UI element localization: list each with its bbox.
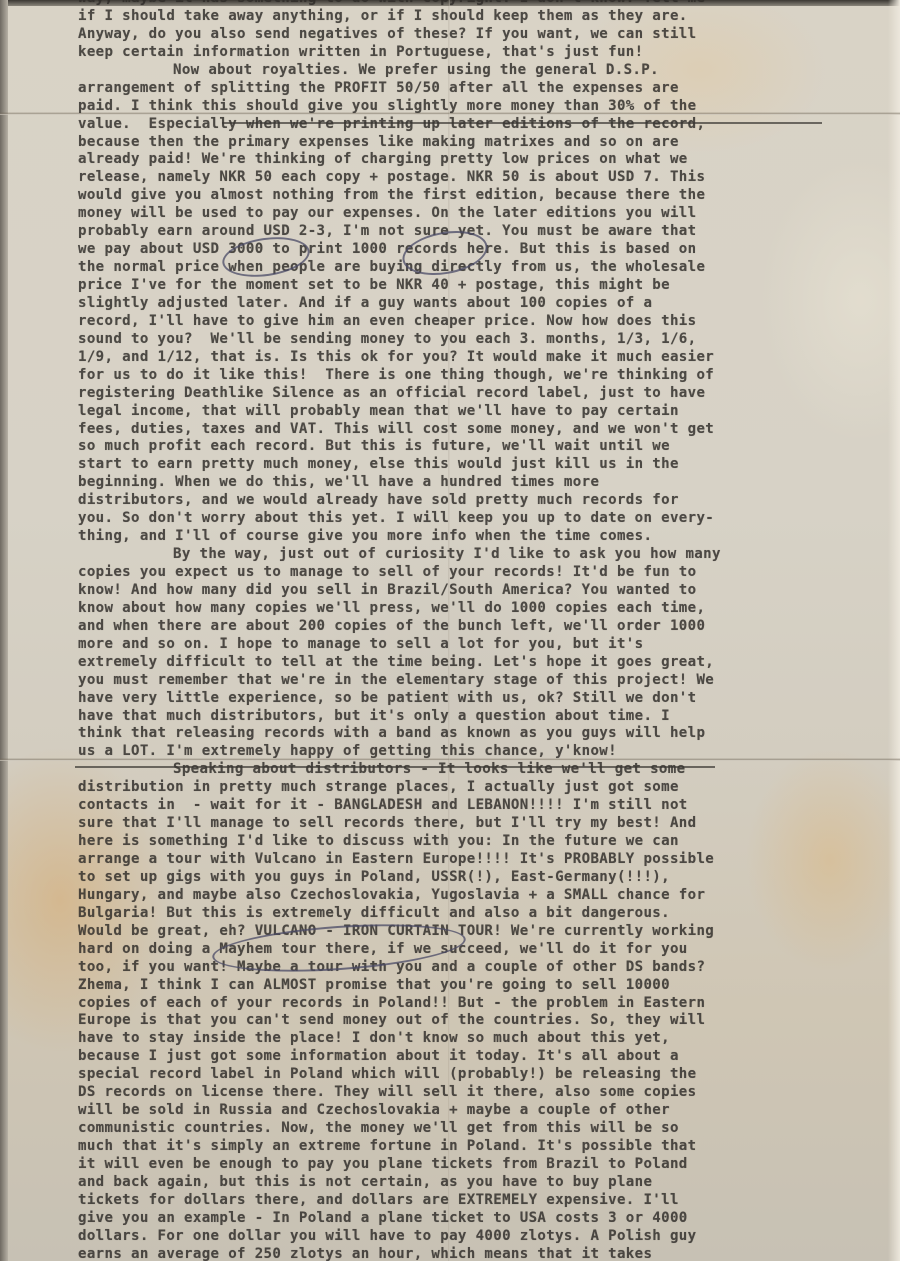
text-line: Bulgaria! But this is extremely difficul… — [78, 905, 868, 923]
text-line: slightly adjusted later. And if a guy wa… — [78, 295, 868, 313]
text-line: already paid! We're thinking of charging… — [78, 151, 868, 169]
text-line: know! And how many did you sell in Brazi… — [78, 582, 868, 600]
text-line: have very little experience, so be patie… — [78, 690, 868, 708]
text-line: much that it's simply an extreme fortune… — [78, 1138, 868, 1156]
text-line: because I just got some information abou… — [78, 1048, 868, 1066]
text-line: Zhema, I think I can ALMOST promise that… — [78, 977, 868, 995]
text-line: here is something I'd like to discuss wi… — [78, 833, 868, 851]
text-line: communistic countries. Now, the money we… — [78, 1120, 868, 1138]
text-line: DS records on license there. They will s… — [78, 1084, 868, 1102]
text-line: registering Deathlike Silence as an offi… — [78, 385, 868, 403]
text-line: it will even be enough to pay you plane … — [78, 1156, 868, 1174]
text-line: Now about royalties. We prefer using the… — [78, 62, 868, 80]
text-line: dollars. For one dollar you will have to… — [78, 1228, 868, 1246]
scanned-letter-page: way, maybe it has something to do with c… — [0, 0, 900, 1261]
handwritten-underline — [222, 122, 822, 124]
text-line: tickets for dollars there, and dollars a… — [78, 1192, 868, 1210]
text-line: By the way, just out of curiosity I'd li… — [78, 546, 868, 564]
text-line: think that releasing records with a band… — [78, 725, 868, 743]
text-line: value. Especially when we're printing up… — [78, 116, 868, 134]
text-line: if I should take away anything, or if I … — [78, 8, 868, 26]
text-line: copies you expect us to manage to sell o… — [78, 564, 868, 582]
text-line: thing, and I'll of course give you more … — [78, 528, 868, 546]
text-line: beginning. When we do this, we'll have a… — [78, 474, 868, 492]
text-line: arrange a tour with Vulcano in Eastern E… — [78, 851, 868, 869]
text-line: sure that I'll manage to sell records th… — [78, 815, 868, 833]
text-line: to set up gigs with you guys in Poland, … — [78, 869, 868, 887]
text-line: sound to you? We'll be sending money to … — [78, 331, 868, 349]
text-line: Speaking about distributors - It looks l… — [78, 761, 868, 779]
page-left-edge — [0, 0, 8, 1261]
text-line: release, namely NKR 50 each copy + posta… — [78, 169, 868, 187]
text-line: fees, duties, taxes and VAT. This will c… — [78, 421, 868, 439]
text-line: will be sold in Russia and Czechoslovaki… — [78, 1102, 868, 1120]
text-line: have to stay inside the place! I don't k… — [78, 1030, 868, 1048]
text-line: distributors, and we would already have … — [78, 492, 868, 510]
text-line: too, if you want! Maybe a tour with you … — [78, 959, 868, 977]
text-line: money will be used to pay our expenses. … — [78, 205, 868, 223]
text-line: and when there are about 200 copies of t… — [78, 618, 868, 636]
text-line: start to earn pretty much money, else th… — [78, 456, 868, 474]
text-line: more and so on. I hope to manage to sell… — [78, 636, 868, 654]
text-line: paid. I think this should give you sligh… — [78, 98, 868, 116]
text-line: Would be great, eh? VULCANO - IRON CURTA… — [78, 923, 868, 941]
text-line: you must remember that we're in the elem… — [78, 672, 868, 690]
text-line: know about how many copies we'll press, … — [78, 600, 868, 618]
text-line: 1/9, and 1/12, that is. Is this ok for y… — [78, 349, 868, 367]
text-line: because then the primary expenses like m… — [78, 134, 868, 152]
text-line: special record label in Poland which wil… — [78, 1066, 868, 1084]
text-line: Hungary, and maybe also Czechoslovakia, … — [78, 887, 868, 905]
text-line: Anyway, do you also send negatives of th… — [78, 26, 868, 44]
text-line: record, I'll have to give him an even ch… — [78, 313, 868, 331]
text-line: have that much distributors, but it's on… — [78, 708, 868, 726]
text-line: contacts in - wait for it - BANGLADESH a… — [78, 797, 868, 815]
text-line: hard on doing a Mayhem tour there, if we… — [78, 941, 868, 959]
text-line: you. So don't worry about this yet. I wi… — [78, 510, 868, 528]
text-line: arrangement of splitting the PROFIT 50/5… — [78, 80, 868, 98]
text-line: way, maybe it has something to do with c… — [78, 0, 868, 8]
text-line: legal income, that will probably mean th… — [78, 403, 868, 421]
text-line: distribution in pretty much strange plac… — [78, 779, 868, 797]
text-line: keep certain information written in Port… — [78, 44, 868, 62]
text-line: us a LOT. I'm extremely happy of getting… — [78, 743, 868, 761]
text-line: so much profit each record. But this is … — [78, 438, 868, 456]
text-line: copies of each of your records in Poland… — [78, 995, 868, 1013]
text-line: earns an average of 250 zlotys an hour, … — [78, 1246, 868, 1261]
text-line: Europe is that you can't send money out … — [78, 1012, 868, 1030]
text-line: price I've for the moment set to be NKR … — [78, 277, 868, 295]
page-right-edge — [888, 0, 900, 1261]
text-line: extremely difficult to tell at the time … — [78, 654, 868, 672]
text-line: give you an example - In Poland a plane … — [78, 1210, 868, 1228]
letter-body: way, maybe it has something to do with c… — [78, 0, 868, 1261]
handwritten-underline — [75, 766, 715, 768]
text-line: for us to do it like this! There is one … — [78, 367, 868, 385]
text-line: and back again, but this is not certain,… — [78, 1174, 868, 1192]
text-line: would give you almost nothing from the f… — [78, 187, 868, 205]
